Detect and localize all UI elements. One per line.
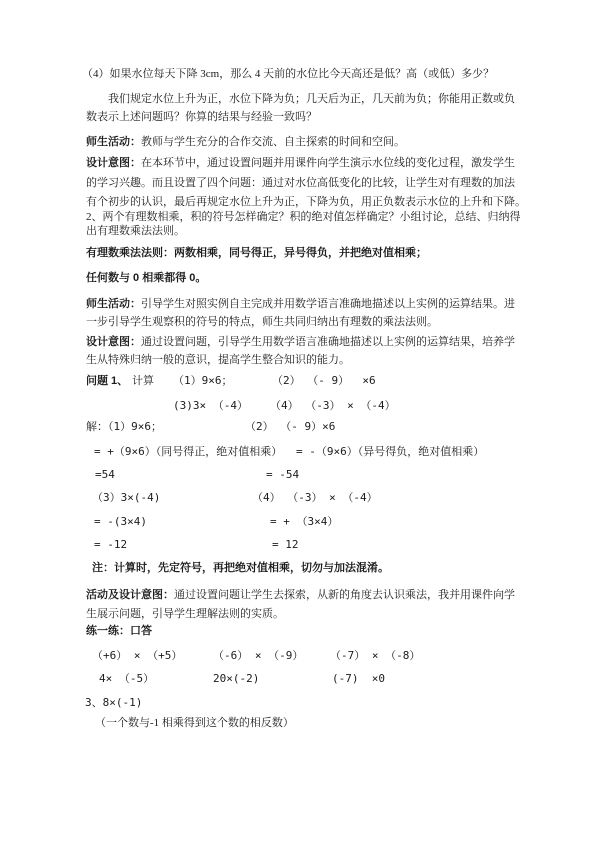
solution-1-right: （2） （- 9）×6 — [245, 420, 335, 434]
solution-5-right: = + （3×4） — [270, 515, 338, 529]
problem-1-verb: 计算 — [132, 374, 154, 388]
activity-text: 引导学生对照实例自主完成并用数学语言准确地描述以上实例的运算结果。进 — [141, 298, 515, 310]
practice-row-1-col-2: （-6） × （-9） — [213, 649, 303, 663]
design-intent-2-line-1: 设计意图：通过设置问题，引导学生用数学语言准确地描述以上实例的运算结果，培养学 — [86, 335, 515, 349]
activity-design-intent-text: 通过设置问题让学生去探索，从新的角度去认识乘法，我并用课件向学 — [174, 589, 515, 601]
solution-3-right: = -54 — [266, 468, 299, 482]
solution-row-3: =54 = -54 — [0, 468, 595, 482]
solution-5-left: = -(3×4) — [94, 515, 147, 529]
solution-1-left: 解：（1）9×6； — [86, 420, 162, 434]
intro-line-1: 我们规定水位上升为正，水位下降为负；几天后为正，几天前为负；你能用正数或负 — [108, 92, 515, 106]
solution-2-left: = +（9×6）（同号得正，绝对值相乘） — [94, 445, 282, 459]
activity-design-intent-label: 活动及设计意图： — [86, 589, 174, 601]
problem-1-item-1: （1）9×6； — [173, 374, 233, 388]
design-intent-1-line-1: 设计意图：在本环节中，通过设置问题并用课件向学生演示水位线的变化过程，激发学生 — [86, 156, 515, 170]
design-intent-1-line-2: 的学习兴趣。而且设置了四个问题：通过对水位高低变化的比较，让学生对有理数的加法 — [86, 176, 515, 190]
problem-1-item-2: （2） （- 9） ×6 — [272, 374, 376, 388]
multiplication-rule-line-1: 有理数乘法法则：两数相乘，同号得正，异号得负，并把绝对值相乘； — [86, 246, 427, 260]
question-2-line-1: 2、两个有理数相乘，积的符号怎样确定？积的绝对值怎样确定？小组讨论，总结、归纳得 — [86, 210, 521, 224]
solution-4-left: （3）3×(-4) — [92, 491, 160, 505]
activity-text: 教师与学生充分的合作交流、自主探索的时间和空间。 — [141, 136, 405, 148]
item-3-expression: 3、8×(-1) — [85, 696, 142, 710]
intro-line-2: 数表示上述问题吗？你算的结果与经验一致吗？ — [86, 110, 317, 124]
practice-row-1-col-1: （+6） × （+5） — [92, 649, 182, 663]
practice-row-1: （+6） × （+5） （-6） × （-9） （-7） × （-8） — [0, 649, 595, 663]
solution-row-5: = -(3×4) = + （3×4） — [0, 515, 595, 529]
solution-6-left: = -12 — [94, 538, 127, 552]
design-intent-text: 通过设置问题，引导学生用数学语言准确地描述以上实例的运算结果，培养学 — [141, 336, 515, 348]
problem-1-item-3: (3)3× （-4） — [173, 399, 248, 413]
solution-row-1: 解：（1）9×6； （2） （- 9）×6 — [0, 420, 595, 434]
practice-row-1-col-3: （-7） × （-8） — [330, 649, 420, 663]
solution-3-left: =54 — [95, 468, 115, 482]
problem-1-row-2: (3)3× （-4） （4） （-3） × （-4） — [0, 399, 595, 413]
solution-2-right: = -（9×6）（异号得负，绝对值相乘） — [296, 445, 484, 459]
activity-design-intent-line-2: 生展示问题，引导学生理解法则的实质。 — [86, 607, 284, 621]
teacher-student-activity-2-line-2: 一步引导学生观察积的符号的特点，师生共同归纳出有理数的乘法法则。 — [86, 315, 438, 329]
activity-label: 师生活动： — [86, 136, 141, 148]
calculation-note: 注：计算时，先定符号，再把绝对值相乘，切勿与加法混淆。 — [92, 561, 389, 575]
practice-row-2-col-2: 20×(-2) — [213, 672, 259, 686]
design-intent-1-line-3: 有个初步的认识，最后再规定水位上升为正，下降为负，用正负数表示水位的上升和下降。 — [86, 195, 526, 209]
lesson-plan-document-page: （4）如果水位每天下降 3cm，那么 4 天前的水位比今天高还是低？高（或低）多… — [0, 0, 595, 842]
question-4-line: （4）如果水位每天下降 3cm，那么 4 天前的水位比今天高还是低？高（或低）多… — [82, 67, 494, 81]
design-intent-2-line-2: 生从特殊归纳一般的意识，提高学生整合知识的能力。 — [86, 353, 350, 367]
design-intent-label: 设计意图： — [86, 336, 141, 348]
activity-label: 师生活动： — [86, 298, 141, 310]
problem-1-row-1: 问题 1、 计算 （1）9×6； （2） （- 9） ×6 — [0, 374, 595, 388]
problem-1-item-4: （4） （-3） × （-4） — [270, 399, 396, 413]
solution-6-right: = 12 — [272, 538, 299, 552]
problem-1-label: 问题 1、 — [86, 374, 128, 388]
teacher-student-activity-2-line-1: 师生活动：引导学生对照实例自主完成并用数学语言准确地描述以上实例的运算结果。进 — [86, 297, 515, 311]
solution-4-right: （4） （-3） × （-4） — [252, 491, 378, 505]
design-intent-text: 在本环节中，通过设置问题并用课件向学生演示水位线的变化过程，激发学生 — [141, 157, 515, 169]
practice-row-2: 4× （-5） 20×(-2) (-7) ×0 — [0, 672, 595, 686]
practice-title: 练一练：口答 — [86, 624, 152, 638]
solution-row-4: （3）3×(-4) （4） （-3） × （-4） — [0, 491, 595, 505]
question-2-line-2: 出有理数乘法法则。 — [86, 224, 185, 238]
item-3-note: （一个数与-1 相乘得到这个数的相反数） — [95, 716, 294, 730]
solution-row-6: = -12 = 12 — [0, 538, 595, 552]
practice-row-2-col-1: 4× （-5） — [99, 672, 154, 686]
teacher-student-activity-1: 师生活动：教师与学生充分的合作交流、自主探索的时间和空间。 — [86, 135, 405, 149]
solution-row-2: = +（9×6）（同号得正，绝对值相乘） = -（9×6）（异号得负，绝对值相乘… — [0, 445, 595, 459]
design-intent-label: 设计意图： — [86, 157, 141, 169]
multiplication-rule-line-2: 任何数与 0 相乘都得 0。 — [86, 271, 206, 285]
practice-row-2-col-3: (-7) ×0 — [332, 672, 385, 686]
activity-design-intent-line-1: 活动及设计意图：通过设置问题让学生去探索，从新的角度去认识乘法，我并用课件向学 — [86, 588, 515, 602]
